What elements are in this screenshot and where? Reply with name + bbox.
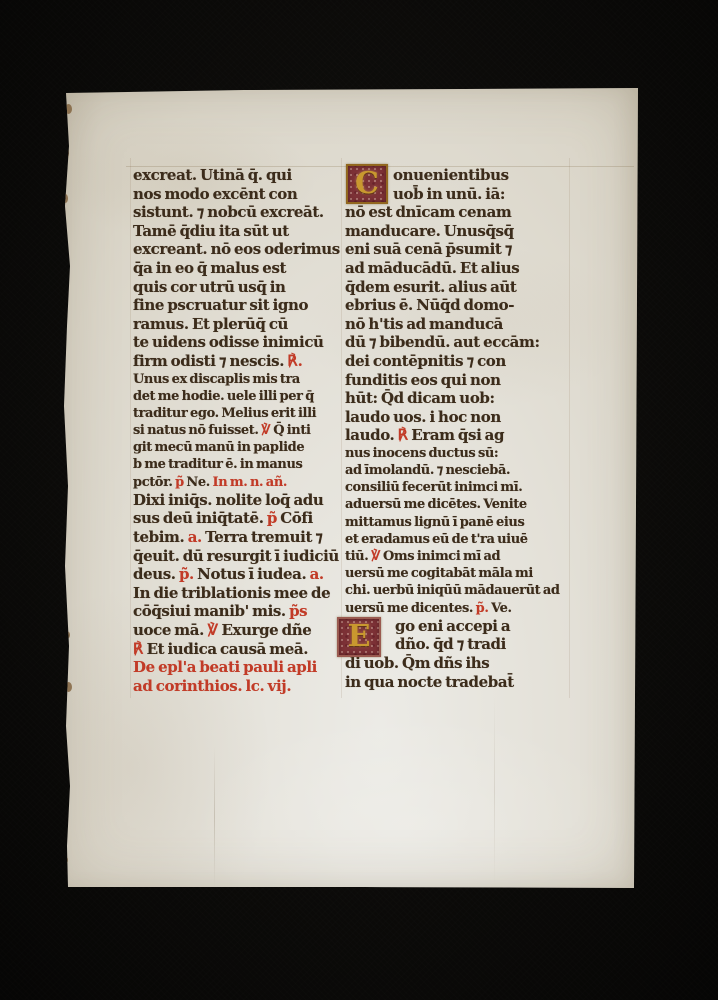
text-column-right: onuenientibusuob̄ in unū. iā:nō est dnīc… xyxy=(345,166,567,691)
body-text: Notus ī iudea. xyxy=(197,565,309,583)
body-text: Q̄ inti xyxy=(273,423,310,438)
body-text: hūt: Q̄d dicam uob: xyxy=(345,389,495,407)
body-text: Exurge dñe xyxy=(222,621,312,639)
body-text: laudo uos. i hoc non xyxy=(345,408,501,426)
body-text: excreat. Utinā q̄. qui xyxy=(133,166,292,184)
text-line: tebim. a. Terra tremuit ⁊ xyxy=(133,528,349,547)
ruling-line-right xyxy=(569,158,570,698)
body-text: det me hodie. uele illi per q̄ xyxy=(133,389,314,404)
rubric-text: p̃. xyxy=(476,601,491,616)
body-text: ebrius ē. Nūq̄d domo- xyxy=(345,296,514,314)
body-text: chi. uerbū iniqūū mādauerūt ad xyxy=(345,583,560,598)
body-text: laudo. xyxy=(345,426,398,444)
text-line: nō est dnīcam cenam xyxy=(345,203,567,222)
text-line: Unus ex discaplis mis tra xyxy=(133,371,349,388)
manuscript-leaf: excreat. Utinā q̄. quinos modo excēnt co… xyxy=(64,86,638,888)
text-line: nus inocens ductus sū: xyxy=(345,445,567,462)
text-line: ad īmolandū. ⁊ nesciebā. xyxy=(345,462,567,479)
text-line: uersū me dicentes. p̃. Ve. xyxy=(345,600,567,617)
text-line: uersū me cogitabāt māla mi xyxy=(345,565,567,582)
rubric-text: ℟. xyxy=(287,352,302,370)
body-text: fine pscruatur sit igno xyxy=(133,296,308,314)
text-line: excreant. nō eos oderimus xyxy=(133,240,349,259)
body-text: Terra tremuit ⁊ xyxy=(205,528,322,546)
rubric-text: p̃s xyxy=(289,602,307,620)
text-line: dei contēpnitis ⁊ con xyxy=(345,352,567,371)
text-line: tiū. ℣ Oms inimci mī ad xyxy=(345,548,567,565)
rubric-text: p̃ xyxy=(175,475,186,490)
body-text: funditis eos qui non xyxy=(345,371,501,389)
body-text: dño. q̄d ⁊ tradi xyxy=(395,635,506,653)
text-line: si natus nō fuisset. ℣ Q̄ inti xyxy=(133,422,349,439)
text-line: eni suā cenā p̄sumit ⁊ xyxy=(345,240,567,259)
illuminated-initial-e: E xyxy=(337,617,381,657)
body-text: nus inocens ductus sū: xyxy=(345,446,498,461)
body-text: deus. xyxy=(133,565,179,583)
body-text: dū ⁊ bibendū. aut eccām: xyxy=(345,333,540,351)
text-line: firm odisti ⁊ nescis. ℟. xyxy=(133,352,349,371)
rubric-text: p̃. xyxy=(179,565,197,583)
body-text: In die triblationis mee de xyxy=(133,584,330,602)
body-text: git mecū manū in paplide xyxy=(133,440,304,455)
text-line: traditur ego. Melius erit illi xyxy=(133,405,349,422)
body-text: Ne. xyxy=(186,475,212,490)
text-line: laudo. ℟ Eram q̄si ag xyxy=(345,426,567,445)
text-line: ramus. Et plerūq̄ cū xyxy=(133,315,349,334)
text-line: nos modo excēnt con xyxy=(133,185,349,204)
body-text: sus deū iniq̄tatē. xyxy=(133,509,267,527)
body-text: consiliū fecerūt inimci mī. xyxy=(345,480,522,495)
text-line: b me traditur ē. in manus xyxy=(133,456,349,473)
rubric-text: a. xyxy=(188,528,205,546)
text-line: ad corinthios. lc. vij. xyxy=(133,677,349,696)
edge-damage-spot xyxy=(65,104,72,114)
text-line: Dixi iniq̄s. nolite loq̄ adu xyxy=(133,491,349,510)
text-line: deus. p̃. Notus ī iudea. a. xyxy=(133,565,349,584)
body-text: Tamē q̄diu ita sūt ut xyxy=(133,222,289,240)
body-text: excreant. nō eos oderimus xyxy=(133,240,340,258)
body-text: q̄dem esurit. alius aūt xyxy=(345,278,516,296)
body-text: q̄a in eo q̄ malus est xyxy=(133,259,286,277)
text-line: consiliū fecerūt inimci mī. xyxy=(345,479,567,496)
body-text: onuenientibus xyxy=(393,166,509,184)
body-text: Oms inimci mī ad xyxy=(383,549,500,564)
body-text: nō h'tis ad manducā xyxy=(345,315,503,333)
body-text: aduersū me dicētes. Venite xyxy=(345,497,527,512)
rubric-text: ad corinthios. lc. vij. xyxy=(133,677,291,695)
body-text: sistunt. ⁊ nobcū excreāt. xyxy=(133,203,324,221)
body-text: nos modo excēnt con xyxy=(133,185,297,203)
text-line: te uidens odisse inimicū xyxy=(133,333,349,352)
body-text: ad īmolandū. ⁊ nesciebā. xyxy=(345,463,510,478)
body-text: tiū. xyxy=(345,549,371,564)
body-text: pctōr. xyxy=(133,475,175,490)
text-line: De epl'a beati pauli apli xyxy=(133,658,349,677)
rubric-text: De epl'a beati pauli apli xyxy=(133,658,317,676)
rubric-text: a. xyxy=(310,565,324,583)
text-line: q̄euit. dū resurgit ī iudiciū xyxy=(133,547,349,566)
text-line: aduersū me dicētes. Venite xyxy=(345,496,567,513)
initial-letter: E xyxy=(348,622,371,652)
body-text: si natus nō fuisset. xyxy=(133,423,261,438)
body-text: eni suā cenā p̄sumit ⁊ xyxy=(345,240,512,258)
body-text: Unus ex discaplis mis tra xyxy=(133,372,300,387)
body-text: manducare. Unusq̄sq̄ xyxy=(345,222,514,240)
text-line: funditis eos qui non xyxy=(345,371,567,390)
text-line: q̄a in eo q̄ malus est xyxy=(133,259,349,278)
edge-damage-spot xyxy=(64,631,70,639)
body-text: te uidens odisse inimicū xyxy=(133,333,324,351)
text-column-left: excreat. Utinā q̄. quinos modo excēnt co… xyxy=(133,166,349,695)
parchment-crease xyxy=(494,696,495,886)
text-line: mittamus lignū ī panē eius xyxy=(345,514,567,531)
text-line: nō h'tis ad manducā xyxy=(345,315,567,334)
body-text: uoce mā. xyxy=(133,621,207,639)
edge-damage-spot xyxy=(63,194,68,203)
text-line: det me hodie. uele illi per q̄ xyxy=(133,388,349,405)
body-text: go eni accepi a xyxy=(395,617,510,635)
body-text: uob̄ in unū. iā: xyxy=(393,185,505,203)
text-line: manducare. Unusq̄sq̄ xyxy=(345,222,567,241)
text-line: git mecū manū in paplide xyxy=(133,439,349,456)
edge-damage-spot xyxy=(65,682,72,692)
body-text: q̄euit. dū resurgit ī iudiciū xyxy=(133,547,339,565)
text-line: in qua nocte tradebat̄ xyxy=(345,673,567,692)
text-line: pctōr. p̃ Ne. In m. n. añ. xyxy=(133,474,349,491)
text-line: uoce mā. ℣ Exurge dñe xyxy=(133,621,349,640)
text-line: In die triblationis mee de xyxy=(133,584,349,603)
text-line: Tamē q̄diu ita sūt ut xyxy=(133,222,349,241)
rubric-text: ℣ xyxy=(207,621,221,639)
text-line: dū ⁊ bibendū. aut eccām: xyxy=(345,333,567,352)
text-line: laudo uos. i hoc non xyxy=(345,408,567,427)
text-line: quis cor utrū usq̄ in xyxy=(133,278,349,297)
body-text: in qua nocte tradebat̄ xyxy=(345,673,514,691)
text-line: hūt: Q̄d dicam uob: xyxy=(345,389,567,408)
body-text: Dixi iniq̄s. nolite loq̄ adu xyxy=(133,491,323,509)
rubric-text: p̃ xyxy=(267,509,280,527)
initial-letter: C xyxy=(355,169,379,199)
body-text: traditur ego. Melius erit illi xyxy=(133,406,316,421)
rubric-text: ℟ xyxy=(398,426,412,444)
edge-damage-spot xyxy=(63,856,68,864)
body-text: ramus. Et plerūq̄ cū xyxy=(133,315,288,333)
text-line: fine pscruatur sit igno xyxy=(133,296,349,315)
illuminated-initial-c: C xyxy=(346,164,388,204)
text-line: ℟ Et iudica causā meā. xyxy=(133,640,349,659)
body-text: et eradamus eū de t'ra uiuē xyxy=(345,532,528,547)
parchment-crease xyxy=(214,746,215,888)
text-line: ebrius ē. Nūq̄d domo- xyxy=(345,296,567,315)
text-line: q̄dem esurit. alius aūt xyxy=(345,278,567,297)
text-line: cōq̄siui manib' mis. p̃s xyxy=(133,602,349,621)
rubric-text: ℣ xyxy=(371,549,383,564)
text-line: sus deū iniq̄tatē. p̃ Cōfi xyxy=(133,509,349,528)
text-line: sistunt. ⁊ nobcū excreāt. xyxy=(133,203,349,222)
text-line: excreat. Utinā q̄. qui xyxy=(133,166,349,185)
body-text: uersū me dicentes. xyxy=(345,601,476,616)
body-text: ad māducādū. Et alius xyxy=(345,259,519,277)
body-text: nō est dnīcam cenam xyxy=(345,203,511,221)
body-text: Eram q̄si ag xyxy=(411,426,504,444)
body-text: quis cor utrū usq̄ in xyxy=(133,278,286,296)
text-line: chi. uerbū iniqūū mādauerūt ad xyxy=(345,582,567,599)
rubric-text: ℟ xyxy=(133,640,147,658)
body-text: dei contēpnitis ⁊ con xyxy=(345,352,506,370)
photo-background: excreat. Utinā q̄. quinos modo excēnt co… xyxy=(0,0,718,1000)
edge-damage-spot xyxy=(63,146,69,160)
ruling-line-left xyxy=(130,158,131,698)
body-text: Ve. xyxy=(491,601,512,616)
rubric-text: In m. n. añ. xyxy=(213,475,287,490)
text-line: ad māducādū. Et alius xyxy=(345,259,567,278)
rubric-text: ℣ xyxy=(261,423,273,438)
body-text: Et iudica causā meā. xyxy=(147,640,308,658)
body-text: b me traditur ē. in manus xyxy=(133,457,302,472)
body-text: Cōfi xyxy=(280,509,313,527)
body-text: uersū me cogitabāt māla mi xyxy=(345,566,533,581)
body-text: tebim. xyxy=(133,528,188,546)
body-text: cōq̄siui manib' mis. xyxy=(133,602,289,620)
text-line: et eradamus eū de t'ra uiuē xyxy=(345,531,567,548)
body-text: firm odisti ⁊ nescis. xyxy=(133,352,287,370)
body-text: mittamus lignū ī panē eius xyxy=(345,515,524,530)
